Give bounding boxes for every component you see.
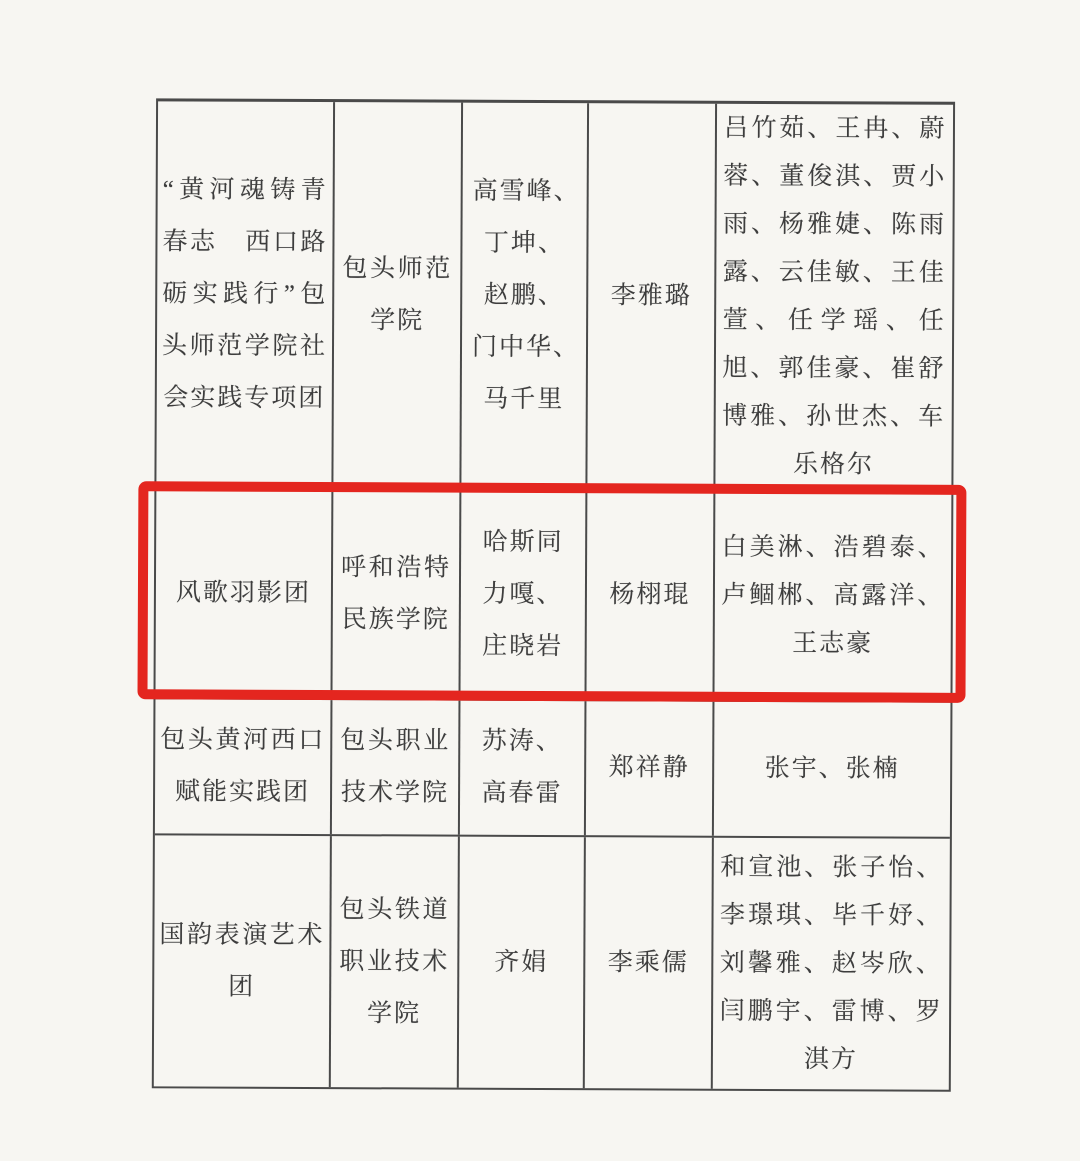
leader-cell: 杨栩琨 <box>586 491 715 700</box>
advisors-cell: 哈斯同力嘎庄晓岩 <box>460 491 587 700</box>
members-cell: 张宇、张楠 <box>714 702 951 837</box>
table-row: 国韵表演艺术团 包头铁道职业技术学院 齐娟 李乘儒 和宣池、张子怡、李璟琪、毕千… <box>154 835 950 1089</box>
school-cell: 包头师范学院 <box>333 102 463 489</box>
school-name: 呼和浩特民族学院 <box>341 542 451 646</box>
advisors-cell: 苏涛高春雷 <box>460 701 587 836</box>
document-scan: “黄河魂铸青春志 西口路砺实践行”包头师范学院社会实践专项团 包头师范学院 高雪… <box>0 0 1080 1161</box>
members-list: 白美淋、浩碧泰、卢鲴郴、高露洋、王志豪 <box>721 524 945 669</box>
advisor-name: 马千里 <box>472 374 576 426</box>
advisor-name: 高春雷 <box>470 768 574 820</box>
advisor-name: 门中华 <box>472 322 576 374</box>
leader-cell: 李乘儒 <box>585 837 714 1089</box>
school-cell: 包头职业技术学院 <box>332 700 461 835</box>
members-cell: 白美淋、浩碧泰、卢鲴郴、高露洋、王志豪 <box>714 492 951 701</box>
team-name: 包头黄河西口赋能实践团 <box>160 714 325 819</box>
members-list: 张宇、张楠 <box>721 745 944 794</box>
table-row: “黄河魂铸青春志 西口路砺实践行”包头师范学院社会实践专项团 包头师范学院 高雪… <box>156 101 953 492</box>
advisors-list: 齐娟 <box>469 936 573 988</box>
advisors-list: 高雪峰丁坤赵鹏门中华马千里 <box>472 166 577 426</box>
advisor-name: 赵鹏 <box>472 270 576 322</box>
leader-name: 李乘儒 <box>608 937 689 989</box>
school-cell: 包头铁道职业技术学院 <box>331 836 460 1088</box>
school-name: 包头铁道职业技术学院 <box>339 884 450 1040</box>
table-row: 风歌羽影团 呼和浩特民族学院 哈斯同力嘎庄晓岩 杨栩琨 白美淋、浩碧泰、卢鲴郴、… <box>155 489 951 702</box>
team-name: 国韵表演艺术团 <box>159 909 324 1014</box>
leader-name: 杨栩琨 <box>609 569 690 621</box>
school-name: 包头职业技术学院 <box>340 715 450 819</box>
members-list: 吕竹茹、王冉、蔚蓉、董俊淇、贾小雨、杨雅婕、陈雨露、云佳敏、王佳萱、任学瑶、任旭… <box>722 105 947 490</box>
advisor-name: 高雪峰 <box>473 166 577 218</box>
team-name: “黄河魂铸青春志 西口路砺实践行”包头师范学院社会实践专项团 <box>162 164 328 425</box>
school-cell: 呼和浩特民族学院 <box>332 490 461 699</box>
leader-name: 李雅璐 <box>611 270 692 322</box>
table-row: 包头黄河西口赋能实践团 包头职业技术学院 苏涛高春雷 郑祥静 张宇、张楠 <box>155 699 951 838</box>
members-cell: 和宣池、张子怡、李璟琪、毕千妤、刘馨雅、赵岑欣、闫鹏宇、雷博、罗淇方 <box>713 838 950 1090</box>
leader-cell: 郑祥静 <box>586 701 715 836</box>
members-cell: 吕竹茹、王冉、蔚蓉、董俊淇、贾小雨、杨雅婕、陈雨露、云佳敏、王佳萱、任学瑶、任旭… <box>715 104 953 491</box>
advisor-name: 哈斯同力嘎 <box>471 517 575 621</box>
leader-cell: 李雅璐 <box>587 103 717 490</box>
advisors-list: 哈斯同力嘎庄晓岩 <box>471 517 576 673</box>
advisors-cell: 齐娟 <box>459 837 586 1089</box>
advisor-name: 丁坤 <box>472 218 576 270</box>
advisor-name: 齐娟 <box>469 936 573 988</box>
school-name: 包头师范学院 <box>342 243 452 347</box>
team-cell: 包头黄河西口赋能实践团 <box>155 699 333 834</box>
advisors-list: 苏涛高春雷 <box>470 716 574 820</box>
advisor-name: 庄晓岩 <box>471 621 575 673</box>
leader-name: 郑祥静 <box>609 742 690 794</box>
team-name: 风歌羽影团 <box>161 567 326 620</box>
team-cell: 风歌羽影团 <box>155 489 333 698</box>
members-list: 和宣池、张子怡、李璟琪、毕千妤、刘馨雅、赵岑欣、闫鹏宇、雷博、罗淇方 <box>719 843 943 1084</box>
team-cell: 国韵表演艺术团 <box>154 835 332 1087</box>
team-cell: “黄河魂铸青春志 西口路砺实践行”包头师范学院社会实践专项团 <box>156 101 335 488</box>
advisor-name: 苏涛 <box>470 716 574 768</box>
advisors-cell: 高雪峰丁坤赵鹏门中华马千里 <box>461 103 589 490</box>
teams-table: “黄河魂铸青春志 西口路砺实践行”包头师范学院社会实践专项团 包头师范学院 高雪… <box>152 98 955 1091</box>
